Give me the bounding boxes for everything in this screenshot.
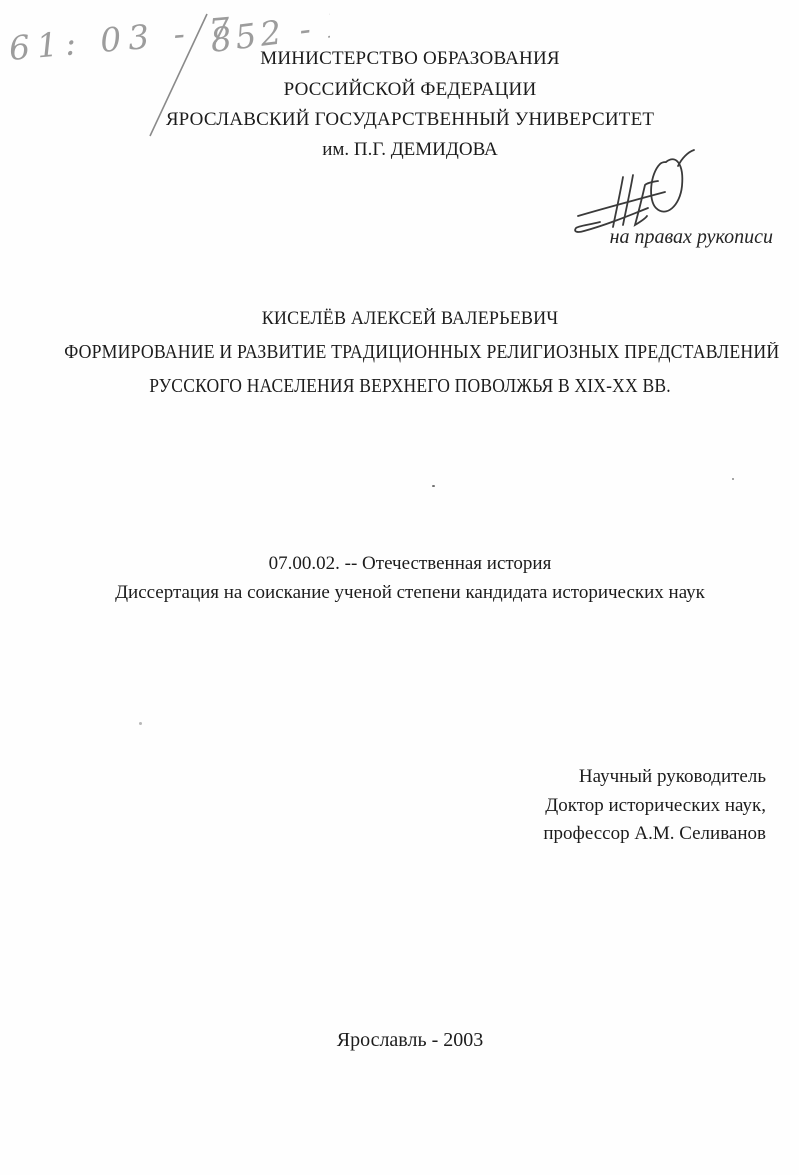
header-line-university: ЯРОСЛАВСКИЙ ГОСУДАРСТВЕННЫЙ УНИВЕРСИТЕТ bbox=[30, 109, 790, 131]
header-line-ministry: МИНИСТЕРСТВО ОБРАЗОВАНИЯ bbox=[30, 48, 790, 70]
author-name: КИСЕЛЁВ АЛЕКСЕЙ ВАЛЕРЬЕВИЧ bbox=[49, 308, 771, 330]
title-line-1: ФОРМИРОВАНИЕ И РАЗВИТИЕ ТРАДИЦИОННЫХ РЕЛ… bbox=[64, 342, 756, 364]
manuscript-rights-note: на правах рукописи bbox=[610, 226, 773, 249]
imprint-city-year: Ярославль - 2003 bbox=[30, 1029, 790, 1052]
supervisor-degree: Доктор исторических наук, bbox=[543, 792, 766, 821]
header-line-federation: РОССИЙСКОЙ ФЕДЕРАЦИИ bbox=[30, 79, 790, 101]
dissertation-title-page: 61: 03 - 7 852 - Х МИНИСТЕРСТВО ОБРАЗОВА… bbox=[0, 0, 799, 1175]
scan-speck bbox=[139, 722, 142, 725]
speciality-code-line: 07.00.02. -- Отечественная история bbox=[30, 553, 790, 575]
supervisor-block: Научный руководитель Доктор исторических… bbox=[543, 763, 766, 849]
scan-speck bbox=[732, 478, 734, 480]
supervisor-name: профессор А.М. Селиванов bbox=[543, 820, 766, 849]
title-line-2: РУССКОГО НАСЕЛЕНИЯ ВЕРХНЕГО ПОВОЛЖЬЯ В X… bbox=[68, 376, 752, 398]
supervisor-heading: Научный руководитель bbox=[543, 763, 766, 792]
scan-speck bbox=[432, 485, 435, 487]
degree-line: Диссертация на соискание ученой степени … bbox=[30, 582, 790, 604]
